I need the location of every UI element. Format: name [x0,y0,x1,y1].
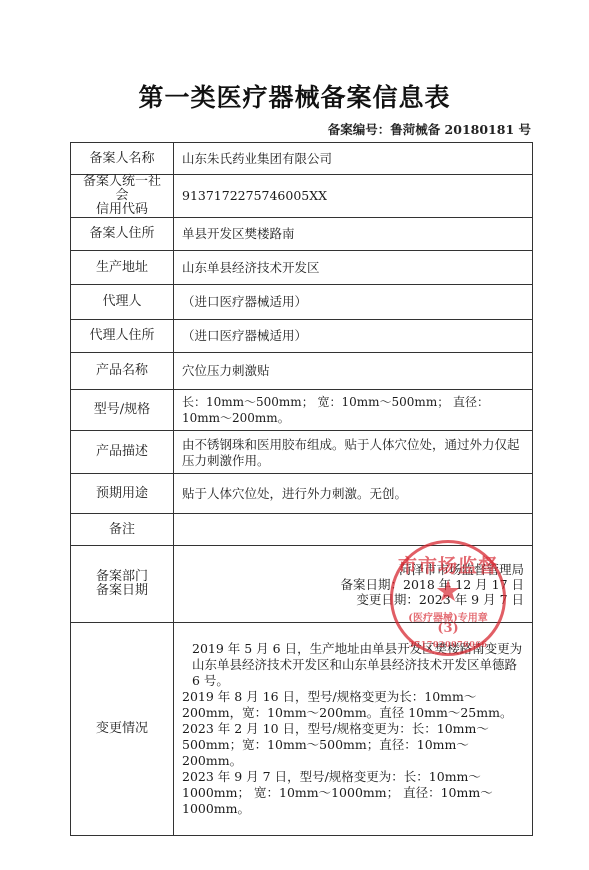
value-product-name: 穴位压力刺激贴 [174,353,533,390]
table-row: 备案人住所 单县开发区樊楼路南 [71,218,533,251]
change-entry: 2019 年 8 月 16 日，型号/规格变更为长：10mm～200mm，宽：1… [182,689,524,721]
change-date: 变更日期：2023 年 9 月 7 日 [182,592,524,607]
table-row: 备案人统一社会 信用代码 9137172275746005XX [71,175,533,218]
value-production-address: 山东单县经济技术开发区 [174,251,533,285]
label-credit-code: 备案人统一社会 信用代码 [71,175,174,218]
label-filer-name: 备案人名称 [71,143,174,175]
value-agent: （进口医疗器械适用） [174,285,533,320]
table-row: 备案部门 备案日期 菏泽市市场监督管理局 备案日期：2018 年 12 月 17… [71,546,533,623]
table-row: 备注 [71,514,533,546]
table-row: 产品描述 由不锈钢珠和医用胶布组成。贴于人体穴位处，通过外力仅起压力刺激作用。 [71,431,533,474]
change-entry: 2019 年 5 月 6 日，生产地址由单县开发区樊楼路南变更为山东单县经济技术… [182,641,524,689]
label-product-name: 产品名称 [71,353,174,390]
value-filer-name: 山东朱氏药业集团有限公司 [174,143,533,175]
table-row: 产品名称 穴位压力刺激贴 [71,353,533,390]
table-row: 生产地址 山东单县经济技术开发区 [71,251,533,285]
table-row: 型号/规格 长：10mm～500mm； 宽：10mm～500mm； 直径：10m… [71,390,533,431]
change-entry: 2023 年 2 月 10 日，型号/规格变更为：长：10mm～500mm；宽：… [182,721,524,769]
table-row: 代理人住所 （进口医疗器械适用） [71,320,533,353]
label-product-description: 产品描述 [71,431,174,474]
label-agent-address: 代理人住所 [71,320,174,353]
label-remarks: 备注 [71,514,174,546]
value-model-spec: 长：10mm～500mm； 宽：10mm～500mm； 直径：10mm～200m… [174,390,533,431]
record-info-table: 备案人名称 山东朱氏药业集团有限公司 备案人统一社会 信用代码 91371722… [70,142,533,836]
record-number: 备案编号：鲁菏械备 20180181 号 [328,120,531,138]
label-production-address: 生产地址 [71,251,174,285]
department-name: 菏泽市市场监督管理局 [182,562,524,577]
label-agent: 代理人 [71,285,174,320]
value-change-history: 2019 年 5 月 6 日，生产地址由单县开发区樊楼路南变更为山东单县经济技术… [174,623,533,836]
value-filer-address: 单县开发区樊楼路南 [174,218,533,251]
label-intended-use: 预期用途 [71,474,174,514]
value-remarks [174,514,533,546]
label-filer-address: 备案人住所 [71,218,174,251]
value-department-date: 菏泽市市场监督管理局 备案日期：2018 年 12 月 17 日 变更日期：20… [174,546,533,623]
label-change-history: 变更情况 [71,623,174,836]
table-row: 备案人名称 山东朱氏药业集团有限公司 [71,143,533,175]
table-row: 预期用途 贴于人体穴位处，进行外力刺激。无创。 [71,474,533,514]
value-agent-address: （进口医疗器械适用） [174,320,533,353]
value-product-description: 由不锈钢珠和医用胶布组成。贴于人体穴位处，通过外力仅起压力刺激作用。 [174,431,533,474]
label-model-spec: 型号/规格 [71,390,174,431]
label-department-date: 备案部门 备案日期 [71,546,174,623]
value-intended-use: 贴于人体穴位处，进行外力刺激。无创。 [174,474,533,514]
change-entry: 2023 年 9 月 7 日，型号/规格变更为：长：10mm～1000mm； 宽… [182,769,524,817]
value-credit-code: 9137172275746005XX [174,175,533,218]
table-row: 变更情况 2019 年 5 月 6 日，生产地址由单县开发区樊楼路南变更为山东单… [71,623,533,836]
table-row: 代理人 （进口医疗器械适用） [71,285,533,320]
record-date: 备案日期：2018 年 12 月 17 日 [182,577,524,592]
document-title: 第一类医疗器械备案信息表 [0,78,589,114]
